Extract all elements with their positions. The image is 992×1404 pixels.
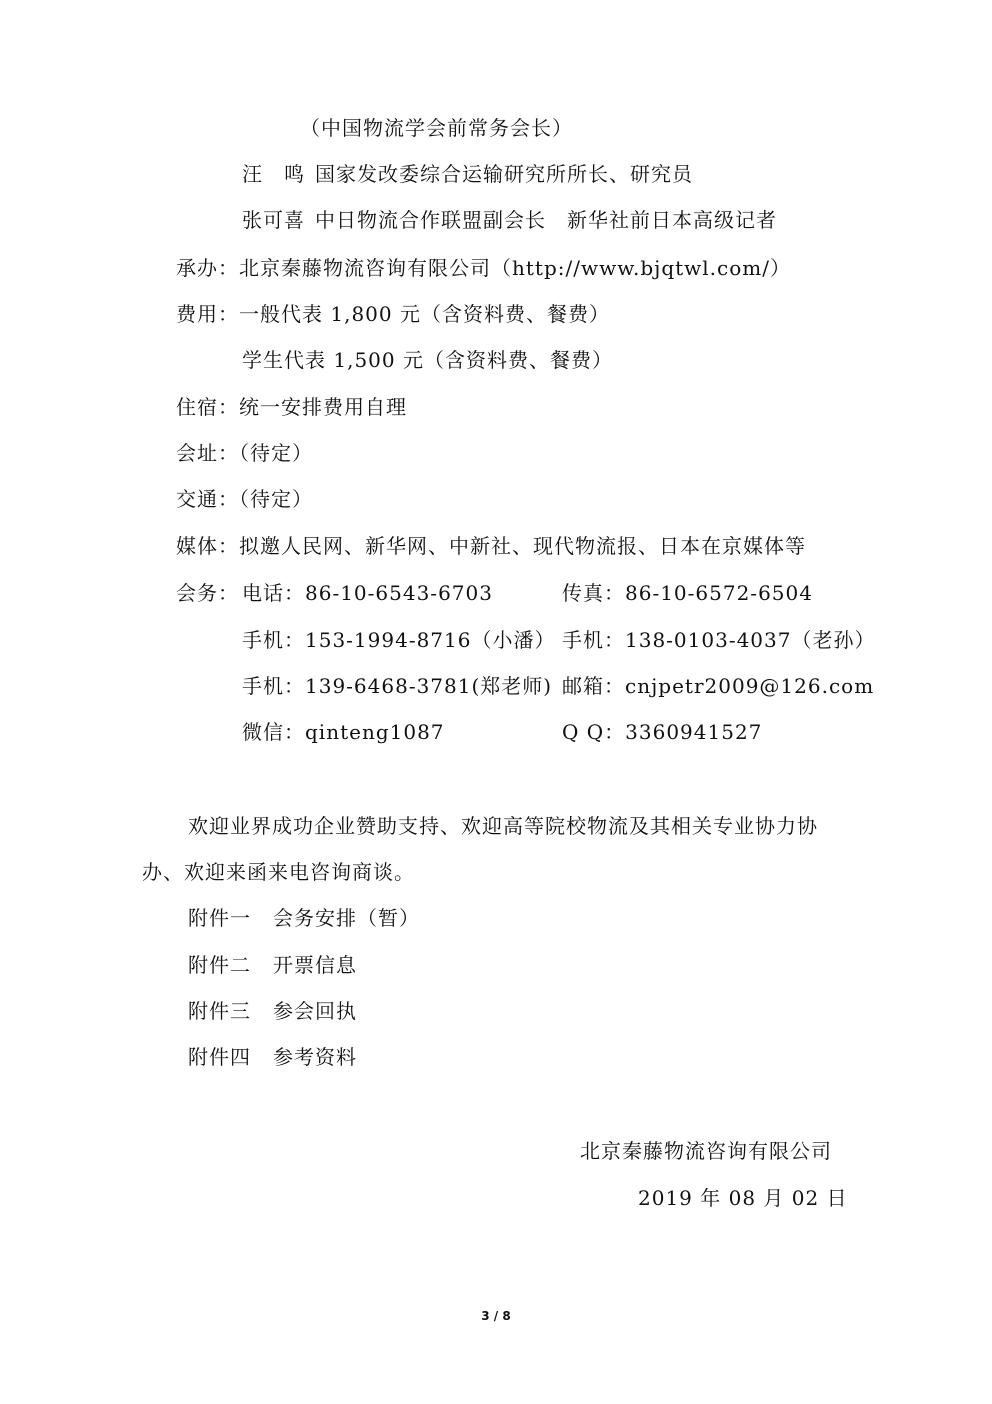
welcome-line-2: 办、欢迎来函来电咨询商谈。	[142, 858, 415, 886]
fee-general: 一般代表 1,800 元（含资料费、餐费）	[239, 302, 610, 326]
attachment-title: 参考资料	[273, 1045, 357, 1069]
contact-fax: 传真：86-10-6572-6504	[562, 579, 813, 607]
venue-value: （待定）	[239, 441, 313, 465]
welcome-line-1: 欢迎业界成功企业赞助支持、欢迎高等院校物流及其相关专业协力协	[188, 812, 818, 840]
attachment-item: 附件二开票信息	[188, 951, 357, 979]
signature-date: 2019 年 08 月 02 日	[638, 1184, 848, 1212]
contact-mobile-sun: 手机：138-0103-4037（老孙）	[562, 626, 876, 654]
contact-wechat: 微信：qinteng1087	[242, 718, 445, 746]
contact-mobile-pan: 手机：153-1994-8716（小潘）	[242, 626, 556, 654]
venue-row: 会址：（待定）	[176, 439, 313, 467]
page-number: 3 / 8	[0, 1309, 992, 1323]
lodging-label: 住宿：	[176, 395, 239, 419]
contact-label: 会务：	[176, 579, 239, 607]
contact-phone: 电话：86-10-6543-6703	[242, 579, 493, 607]
organizer-label: 承办：	[176, 256, 239, 280]
fee-student: 学生代表 1,500 元（含资料费、餐费）	[242, 346, 613, 374]
fee-general-row: 费用：一般代表 1,800 元（含资料费、餐费）	[176, 300, 610, 328]
advisor-name: 汪 鸣	[242, 162, 305, 186]
transport-value: （待定）	[239, 487, 313, 511]
attachment-item: 附件三参会回执	[188, 997, 357, 1025]
lodging-row: 住宿：统一安排费用自理	[176, 393, 407, 421]
media-value: 拟邀人民网、新华网、中新社、现代物流报、日本在京媒体等	[239, 534, 806, 558]
contact-email[interactable]: 邮箱：cnjpetr2009@126.com	[562, 672, 874, 700]
attachment-title: 开票信息	[273, 953, 357, 977]
attachment-label: 附件四	[188, 1045, 251, 1069]
venue-label: 会址：	[176, 441, 239, 465]
contact-mobile-zheng: 手机：139-6468-3781(郑老师)	[242, 672, 552, 700]
advisor-row: 汪 鸣国家发改委综合运输研究所所长、研究员	[242, 160, 693, 188]
media-row: 媒体：拟邀人民网、新华网、中新社、现代物流报、日本在京媒体等	[176, 532, 806, 560]
transport-row: 交通：（待定）	[176, 485, 313, 513]
transport-label: 交通：	[176, 487, 239, 511]
lodging-value: 统一安排费用自理	[239, 395, 407, 419]
contact-qq: Q Q：3360941527	[562, 718, 762, 746]
attachment-item: 附件一会务安排（暂）	[188, 904, 420, 932]
advisor-title: 中日物流合作联盟副会长 新华社前日本高级记者	[315, 208, 777, 232]
advisor-name: 张可喜	[242, 208, 305, 232]
attachment-title: 参会回执	[273, 999, 357, 1023]
attachment-title: 会务安排（暂）	[273, 906, 420, 930]
advisor-row: 张可喜中日物流合作联盟副会长 新华社前日本高级记者	[242, 206, 777, 234]
organizer-value: 北京秦藤物流咨询有限公司（http://www.bjqtwl.com/）	[239, 256, 791, 280]
signature-company: 北京秦藤物流咨询有限公司	[580, 1137, 832, 1165]
organizer-row: 承办：北京秦藤物流咨询有限公司（http://www.bjqtwl.com/）	[176, 254, 791, 282]
attachment-item: 附件四参考资料	[188, 1043, 357, 1071]
attachment-label: 附件一	[188, 906, 251, 930]
attachment-label: 附件二	[188, 953, 251, 977]
media-label: 媒体：	[176, 534, 239, 558]
fees-label: 费用：	[176, 302, 239, 326]
attachment-label: 附件三	[188, 999, 251, 1023]
advisor-prev-title: （中国物流学会前常务会长）	[300, 114, 573, 142]
advisor-title: 国家发改委综合运输研究所所长、研究员	[315, 162, 693, 186]
